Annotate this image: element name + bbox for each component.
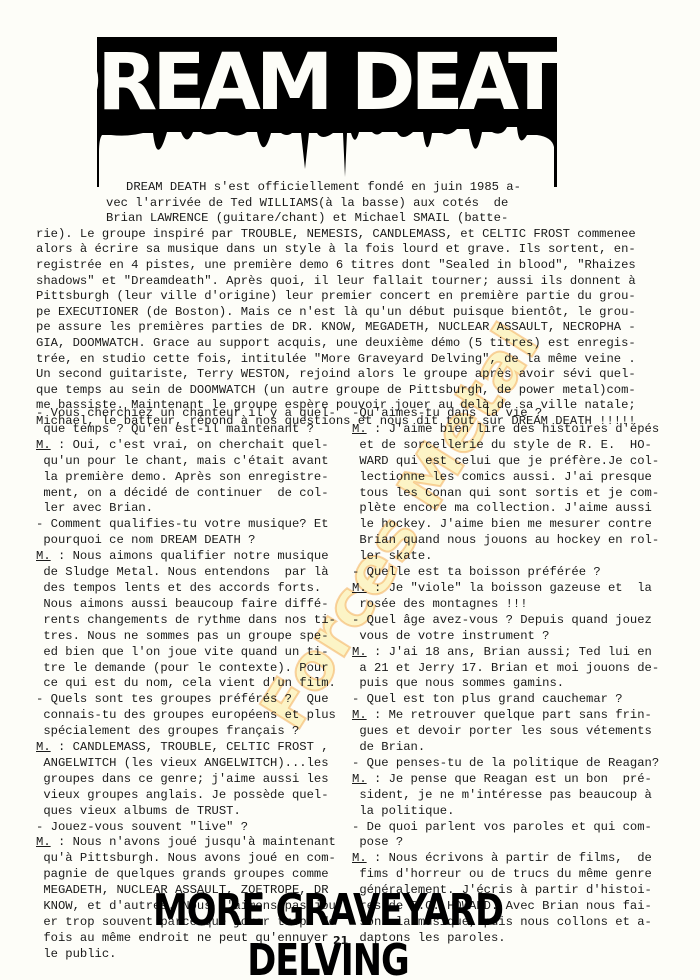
intro-line: pe EXECUTIONER (de Boston). Mais ce n'es… (36, 305, 676, 321)
text-line: ler skate. (352, 549, 682, 565)
text-line: la première demo. Après son enregistre- (36, 470, 336, 486)
text-line: tres. Nous ne sommes pas un groupe spe- (36, 629, 336, 645)
text-line: puis que nous sommes gamins. (352, 676, 682, 692)
intro-line: trée, en studio cette fois, intitulée "M… (36, 352, 676, 368)
speaker-mark: M. (352, 645, 367, 659)
intro-line: rie). Le groupe inspiré par TROUBLE, NEM… (36, 227, 676, 243)
text-line: ment, on a décidé de continuer de col- (36, 486, 336, 502)
text-line: ques vieux albums de TRUST. (36, 804, 336, 820)
speaker-mark: M. (36, 438, 51, 452)
text-line: pourquoi ce nom DREAM DEATH ? (36, 533, 336, 549)
text-line: Brian quand nous jouons au hockey en rol… (352, 533, 682, 549)
question-line: - Que penses-tu de la politique de Reaga… (352, 756, 682, 772)
question-line: - Quels sont tes groupes préférés ? Que (36, 692, 336, 708)
intro-line: vec l'arrivée de Ted WILLIAMS(à la basse… (36, 196, 676, 212)
text-line: lectionne les comics aussi. J'ai presque (352, 470, 682, 486)
text-line: sident, je ne m'intéresse pas beaucoup à (352, 788, 682, 804)
text-line: et de sorcellerie du style de R. E. HO- (352, 438, 682, 454)
text-line: ce qui est du nom, cela vient d'un film. (36, 676, 336, 692)
speaker-mark: M. (352, 772, 367, 786)
text-line: le hockey. J'aime bien me mesurer contre (352, 517, 682, 533)
intro-line: registrée en 4 pistes, une première demo… (36, 258, 676, 274)
answer-line: M. : CANDLEMASS, TROUBLE, CELTIC FROST , (36, 740, 336, 756)
text-line: des tempos lents et des accords forts. (36, 581, 336, 597)
dripping-logo-icon: DREAM DEATH (97, 37, 557, 187)
intro-line: alors à écrire sa musique dans un style … (36, 242, 676, 258)
text-line: que temps ? Qu'en est-il maintenant ? (36, 422, 336, 438)
answer-line: M. : Me retrouver quelque part sans frin… (352, 708, 682, 724)
text-line: pose ? (352, 835, 682, 851)
question-line: - De quoi parlent vos paroles et qui com… (352, 820, 682, 836)
text-line: vous de votre instrument ? (352, 629, 682, 645)
text-line: ANGELWITCH (les vieux ANGELWITCH)...les (36, 756, 336, 772)
text-line: rosée des montagnes !!! (352, 597, 682, 613)
interview-right-column: -Qu'aimes-tu dans la vie ?M. : J'aime bi… (352, 406, 682, 947)
question-line: - Quelle est ta boisson préférée ? (352, 565, 682, 581)
band-logo: DREAM DEATH (97, 37, 557, 187)
text-line: a 21 et Jerry 17. Brian et moi jouons de… (352, 661, 682, 677)
speaker-mark: M. (352, 422, 367, 436)
intro-paragraph: DREAM DEATH s'est officiellement fondé e… (36, 180, 676, 430)
answer-line: M. : Nous n'avons joué jusqu'à maintenan… (36, 835, 336, 851)
intro-line: Pittsburgh (leur ville d'origine) leur p… (36, 289, 676, 305)
speaker-mark: M. (36, 835, 51, 849)
text-line: groupes dans ce genre; j'aime aussi les (36, 772, 336, 788)
speaker-mark: M. (36, 740, 51, 754)
text-line: connais-tu des groupes européens et plus (36, 708, 336, 724)
answer-line: M. : Nous écrivons à partir de films, de (352, 851, 682, 867)
text-line: tous les Conan qui sont sortis et je com… (352, 486, 682, 502)
question-line: - Vous cherchiez un chanteur il y a quel… (36, 406, 336, 422)
question-line: -Qu'aimes-tu dans la vie ? (352, 406, 682, 422)
speaker-mark: M. (352, 851, 367, 865)
text-line: Nous aimons aussi beaucoup faire diffé- (36, 597, 336, 613)
speaker-mark: M. (36, 549, 51, 563)
intro-line: Un second guitariste, Terry WESTON, rejo… (36, 367, 676, 383)
question-line: - Quel est ton plus grand cauchemar ? (352, 692, 682, 708)
answer-line: M. : J'aime bien lire des histoires d'ép… (352, 422, 682, 438)
answer-line: M. : Oui, c'est vrai, on cherchait quel- (36, 438, 336, 454)
text-line: qu'à Pittsburgh. Nous avons joué en com- (36, 851, 336, 867)
speaker-mark: M. (352, 581, 367, 595)
text-line: pagnie de quelques grands groupes comme (36, 867, 336, 883)
speaker-mark: M. (352, 708, 367, 722)
intro-line: GIA, DOOMWATCH. Grace au support acquis,… (36, 336, 676, 352)
text-line: de Sludge Metal. Nous entendons par là (36, 565, 336, 581)
demo-title: MORE GRAVEYARD DELVING (108, 886, 548, 980)
question-line: - Jouez-vous souvent "live" ? (36, 820, 336, 836)
interview-left-column: - Vous cherchiez un chanteur il y a quel… (36, 406, 336, 963)
intro-line: DREAM DEATH s'est officiellement fondé e… (36, 180, 676, 196)
text-line: rents changements de rythme dans nos ti- (36, 613, 336, 629)
intro-line: que temps au sein de DOOMWATCH (un autre… (36, 383, 676, 399)
intro-line: pe assure les premières parties de DR. K… (36, 320, 676, 336)
text-line: plète encore ma collection. J'aime aussi (352, 501, 682, 517)
answer-line: M. : Je pense que Reagan est un bon pré- (352, 772, 682, 788)
question-line: - Comment qualifies-tu votre musique? Et (36, 517, 336, 533)
text-line: fims d'horreur ou de trucs du même genre (352, 867, 682, 883)
text-line: spécialement des groupes français ? (36, 724, 336, 740)
intro-line: shadows" et "Dreamdeath". Après quoi, il… (36, 274, 676, 290)
svg-text:DREAM DEATH: DREAM DEATH (97, 38, 557, 128)
text-line: gues et devoir porter les sous vétements (352, 724, 682, 740)
text-line: ed bien que l'on joue vite quand un ti- (36, 645, 336, 661)
text-line: de Brian. (352, 740, 682, 756)
answer-line: M. : Nous aimons qualifier notre musique (36, 549, 336, 565)
question-line: - Quel âge avez-vous ? Depuis quand joue… (352, 613, 682, 629)
page-number: 21 (333, 934, 348, 947)
text-line: la politique. (352, 804, 682, 820)
text-line: qu'un pour le chant, mais c'était avant (36, 454, 336, 470)
text-line: ler avec Brian. (36, 501, 336, 517)
answer-line: M. : Je "viole" la boisson gazeuse et la (352, 581, 682, 597)
text-line: vieux groupes anglais. Je possède quel- (36, 788, 336, 804)
intro-line: Brian LAWRENCE (guitare/chant) et Michae… (36, 211, 676, 227)
answer-line: M. : J'ai 18 ans, Brian aussi; Ted lui e… (352, 645, 682, 661)
text-line: WARD qui est celui que je préfère.Je col… (352, 454, 682, 470)
text-line: tre le demande (pour le contexte). Pour (36, 661, 336, 677)
fanzine-page: DREAM DEATH Forces Metal DREAM DEATH s'e… (0, 0, 700, 980)
